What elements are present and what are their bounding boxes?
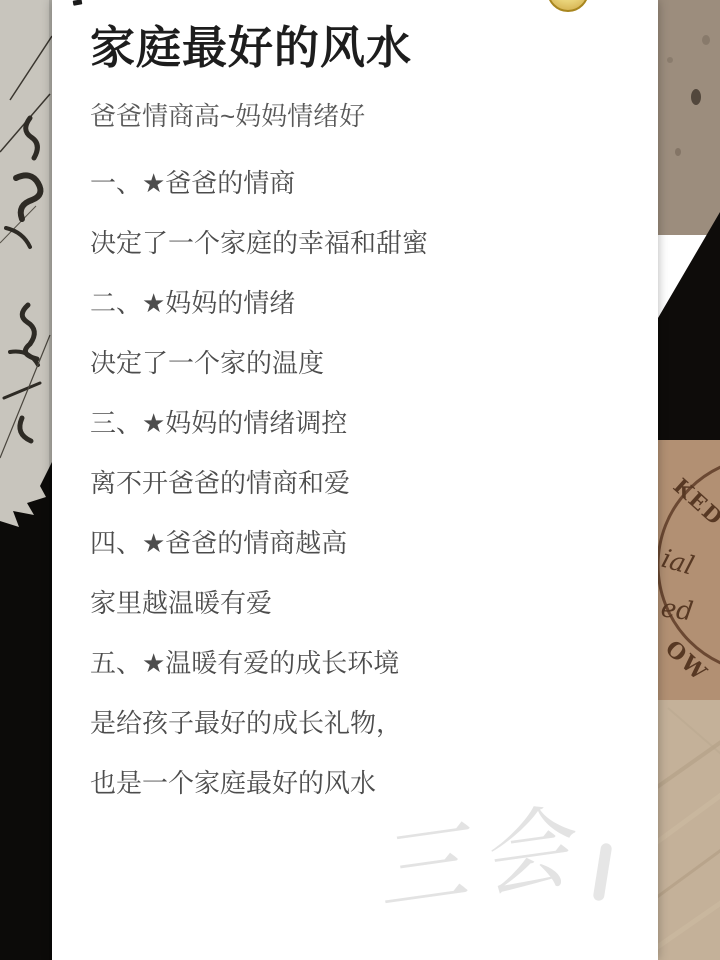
text-line-10: 是给孩子最好的成长礼物， bbox=[90, 710, 628, 736]
watermark-brush-stroke-icon bbox=[593, 842, 613, 901]
calligraphy-art-icon bbox=[0, 0, 52, 960]
text-line-7: 四、★爸爸的情商越高 bbox=[90, 530, 628, 556]
stamp-script-line2-text: ed bbox=[659, 593, 695, 627]
text-line-11: 也是一个家庭最好的风水 bbox=[90, 770, 628, 796]
text-line-3: 二、★妈妈的情绪 bbox=[90, 290, 628, 316]
background-right-texture: KED ial ed OW bbox=[658, 0, 720, 960]
watermark: 三会 bbox=[370, 796, 590, 924]
corner-mark bbox=[73, 0, 83, 6]
screen: KED ial ed OW 家庭最好的风水 爸爸情商高~妈妈情绪好 一、★爸爸的… bbox=[0, 0, 720, 960]
text-line-4: 决定了一个家的温度 bbox=[90, 350, 628, 376]
page-title: 家庭最好的风水 bbox=[90, 24, 628, 72]
stamp-texture-icon: KED ial ed OW bbox=[658, 0, 720, 960]
text-line-9: 五、★温暖有爱的成长环境 bbox=[90, 650, 628, 676]
subtitle: 爸爸情商高~妈妈情绪好 bbox=[90, 103, 628, 129]
content-card: 家庭最好的风水 爸爸情商高~妈妈情绪好 一、★爸爸的情商 决定了一个家庭的幸福和… bbox=[52, 0, 658, 960]
text-line-8: 家里越温暖有爱 bbox=[90, 590, 628, 616]
text-line-6: 离不开爸爸的情商和爱 bbox=[90, 470, 628, 496]
text-line-1: 一、★爸爸的情商 bbox=[90, 170, 628, 196]
background-left-calligraphy bbox=[0, 0, 52, 960]
text-line-5: 三、★妈妈的情绪调控 bbox=[90, 410, 628, 436]
card-content: 家庭最好的风水 爸爸情商高~妈妈情绪好 一、★爸爸的情商 决定了一个家庭的幸福和… bbox=[52, 0, 658, 960]
text-line-2: 决定了一个家庭的幸福和甜蜜 bbox=[90, 230, 628, 256]
